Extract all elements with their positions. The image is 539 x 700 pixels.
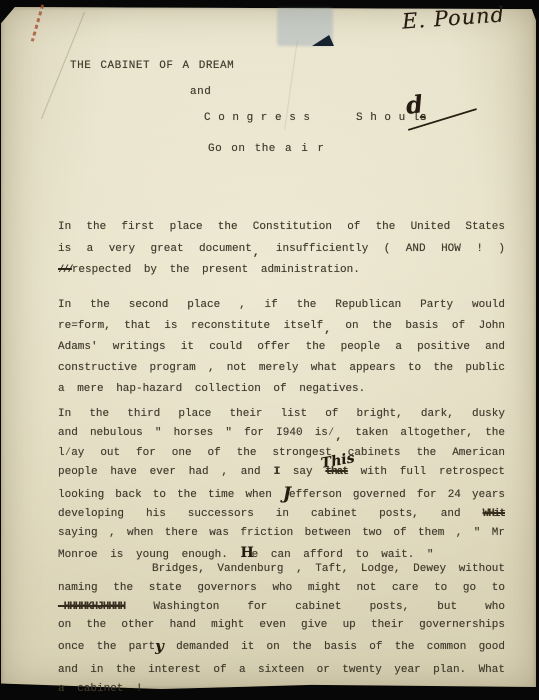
line-text: developing his successors in cabinet pos…: [58, 508, 461, 520]
line-text: Washington for cabinet posts, but who: [153, 601, 505, 613]
line-text: and nebulous " horses " for I940 is⁄: [58, 427, 335, 439]
paragraph-1: In the first place the Constitution of t…: [58, 217, 505, 282]
line-text: say: [293, 466, 313, 478]
struck-word: WHit: [483, 508, 505, 520]
typed-line: a mere hap-hazard collection of negative…: [58, 379, 505, 400]
line-text: with full retrospect: [361, 466, 505, 478]
handwritten-signature: E. Pound: [401, 2, 506, 33]
title-congress: C o n g r e s s: [204, 112, 311, 124]
struck-scribble: ⁄⁄⁄: [58, 264, 72, 276]
handwritten-d-insertion: d: [405, 89, 425, 120]
typed-line: a cabinet !: [58, 680, 505, 699]
inserted-comma: ,: [336, 431, 343, 443]
correction-group: Jefferson governed for 24 years: [283, 489, 505, 501]
handwritten-j-insertion: J: [283, 485, 291, 504]
title-line-4: Go on the a i r: [208, 143, 325, 155]
overstruck-i: I: [273, 466, 280, 478]
typed-line: is a very great document, insufficiently…: [58, 239, 505, 261]
line-text: re=form, that is reconstitute itself: [58, 320, 323, 332]
paragraph-4: Bridges, Vandenburg , Taft, Lodge, Dewey…: [58, 560, 505, 699]
typed-line: looking back to the time when Jefferson …: [58, 483, 505, 505]
title-line-1: THE CABINET OF A DREAM: [70, 60, 234, 72]
typed-line: re=form, that is reconstitute itself, on…: [58, 316, 505, 337]
typed-line: In the first place the Constitution of t…: [58, 217, 505, 239]
title-line-2: and: [190, 86, 211, 98]
scanned-manuscript-page: E. Pound THE CABINET OF A DREAM and C o …: [0, 0, 539, 700]
typed-line: constructive program , not merely what a…: [58, 358, 505, 379]
typed-line: developing his successors in cabinet pos…: [58, 505, 505, 524]
typed-line: Adams' writings it could offer the peopl…: [58, 337, 505, 358]
typed-line: naming the state governors who might not…: [58, 579, 505, 598]
line-text: demanded it on the basis of the common g…: [176, 641, 505, 653]
typed-line: on the other hand might even give up the…: [58, 616, 505, 635]
line-text: respected by the present administration.: [72, 264, 360, 276]
correction-group: thatThis: [325, 466, 347, 478]
paragraph-3: In the third place their list of bright,…: [58, 405, 505, 565]
handwritten-y-insertion: y: [155, 637, 164, 656]
line-text: once the part: [58, 641, 155, 653]
typed-line: and nebulous " horses " for I940 is⁄, ta…: [58, 424, 505, 443]
handwritten-this-insertion: This: [320, 449, 357, 474]
line-text: on the basis of John: [345, 320, 505, 332]
line-text: insufficiently ( AND HOW ! ): [276, 243, 505, 255]
line-text: looking back to the time when: [58, 489, 272, 501]
paragraph-2: In the second place , if the Republican …: [58, 295, 505, 400]
typed-line: ⁄⁄⁄respected by the present administrati…: [58, 260, 505, 282]
line-text: taken altogether, the: [355, 427, 505, 439]
typed-line: In the second place , if the Republican …: [58, 295, 505, 316]
typed-line: l⁄ay out for one of the strongest cabine…: [58, 444, 505, 463]
typed-line: and in the interest of a sixteen or twen…: [58, 661, 505, 680]
line-text: people have ever had , and: [58, 466, 261, 478]
inserted-comma: ,: [253, 247, 260, 259]
inserted-comma: ,: [324, 324, 331, 336]
typed-line: In the third place their list of bright,…: [58, 405, 505, 424]
struck-word: —HHHHKHJHHHH: [58, 601, 125, 613]
line-text: is a very great document: [58, 243, 252, 255]
typed-line: saying , when there was friction between…: [58, 524, 505, 543]
typed-line: Bridges, Vandenburg , Taft, Lodge, Dewey…: [58, 560, 505, 579]
page-content: E. Pound THE CABINET OF A DREAM and C o …: [0, 0, 539, 700]
typed-line: —HHHHKHJHHHH Washington for cabinet post…: [58, 598, 505, 617]
typed-line: people have ever had , and I say thatThi…: [58, 463, 505, 482]
line-text: efferson governed for 24 years: [289, 489, 505, 501]
typed-line: once the party demanded it on the basis …: [58, 635, 505, 657]
